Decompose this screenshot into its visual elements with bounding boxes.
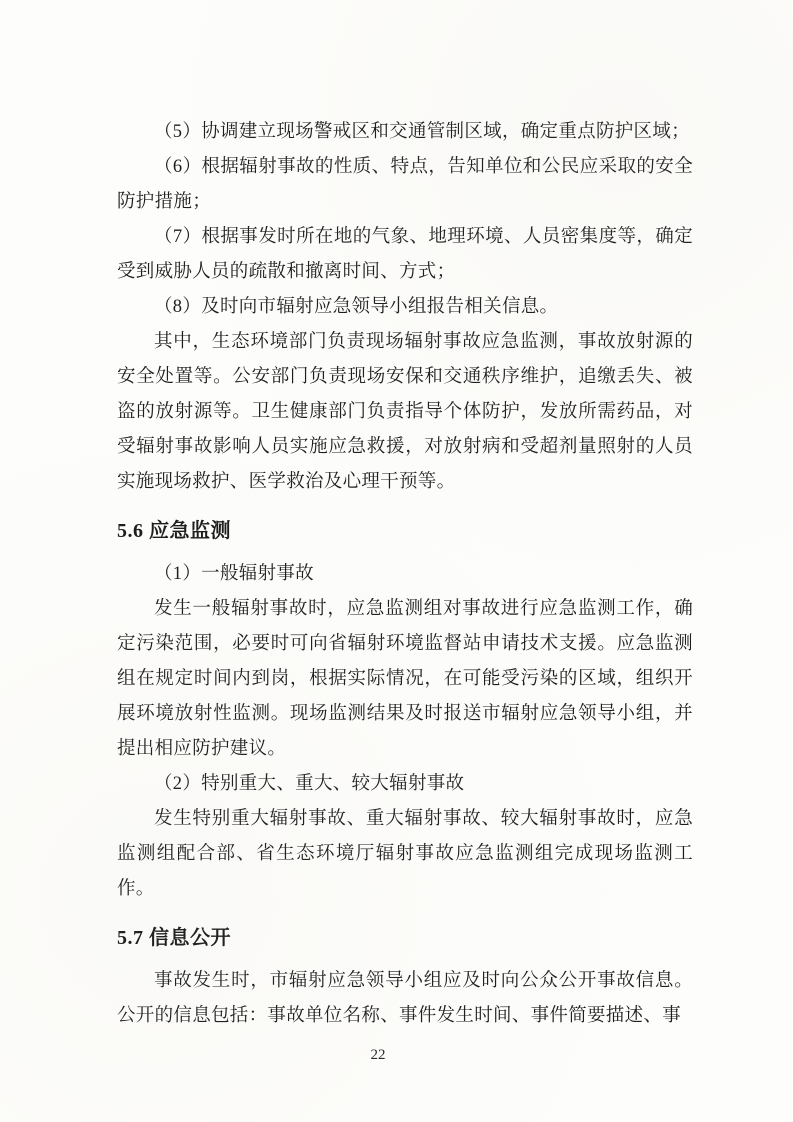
section-5-6-heading: 5.6 应急监测 (117, 514, 693, 549)
general-accident-paragraph: 发生一般辐射事故时，应急监测组对事故进行应急监测工作，确定污染范围，必要时可向省… (117, 592, 693, 767)
clause-8-paragraph: （8）及时向市辐射应急领导小组报告相关信息。 (117, 290, 693, 325)
department-duties-paragraph: 其中，生态环境部门负责现场辐射事故应急监测，事故放射源的安全处置等。公安部门负责… (117, 325, 693, 500)
major-accident-paragraph: 发生特别重大辐射事故、重大辐射事故、较大辐射事故时，应急监测组配合部、省生态环境… (117, 802, 693, 907)
document-page: （5）协调建立现场警戒区和交通管制区域，确定重点防护区域； （6）根据辐射事故的… (0, 0, 793, 1122)
section-5-7-heading: 5.7 信息公开 (117, 921, 693, 956)
item-1-subheading-paragraph: （1）一般辐射事故 (117, 557, 693, 592)
info-disclosure-paragraph: 事故发生时，市辐射应急领导小组应及时向公众公开事故信息。公开的信息包括：事故单位… (117, 964, 693, 1034)
clause-7-paragraph: （7）根据事发时所在地的气象、地理环境、人员密集度等，确定受到威胁人员的疏散和撤… (117, 220, 693, 290)
clause-6-paragraph: （6）根据辐射事故的性质、特点，告知单位和公民应采取的安全防护措施； (117, 150, 693, 220)
document-body: （5）协调建立现场警戒区和交通管制区域，确定重点防护区域； （6）根据辐射事故的… (117, 115, 693, 1034)
item-2-subheading-paragraph: （2）特别重大、重大、较大辐射事故 (117, 767, 693, 802)
page-number: 22 (328, 1043, 428, 1067)
clause-5-paragraph: （5）协调建立现场警戒区和交通管制区域，确定重点防护区域； (117, 115, 693, 150)
